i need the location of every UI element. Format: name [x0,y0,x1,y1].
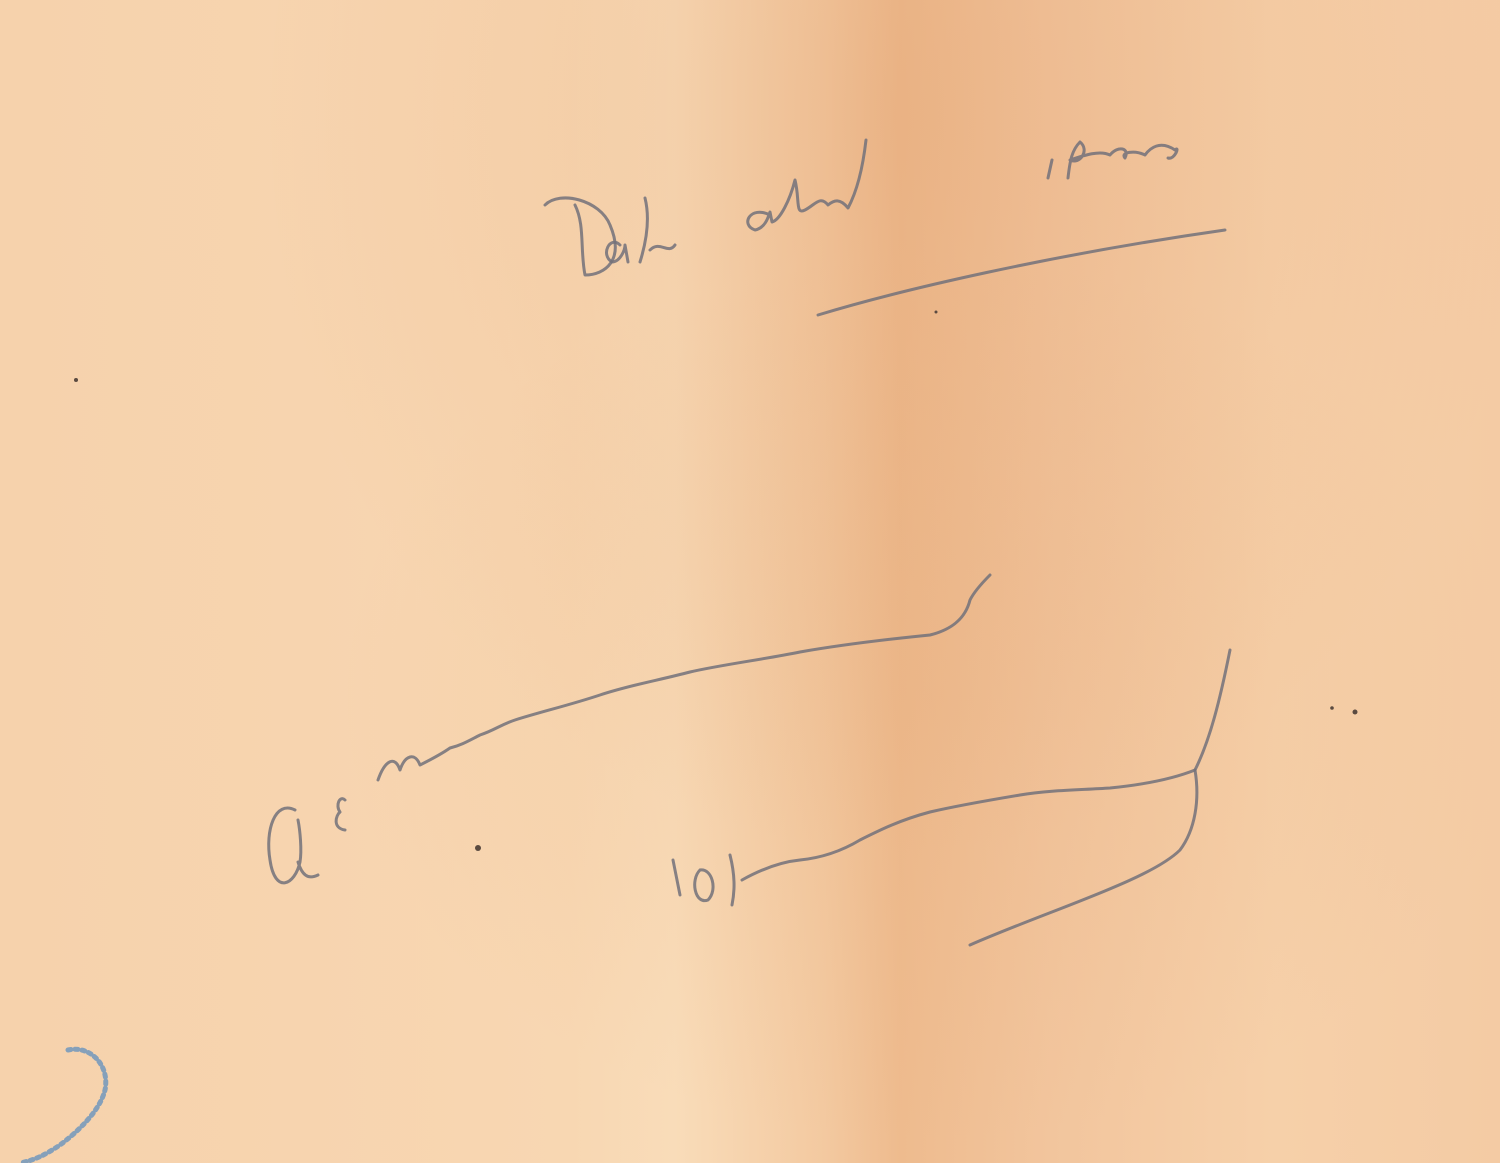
aged-paper-sheet: Date about 1800 A. E. [illegible surname… [0,0,1500,1163]
blue-crayon-mark [0,0,1500,1163]
